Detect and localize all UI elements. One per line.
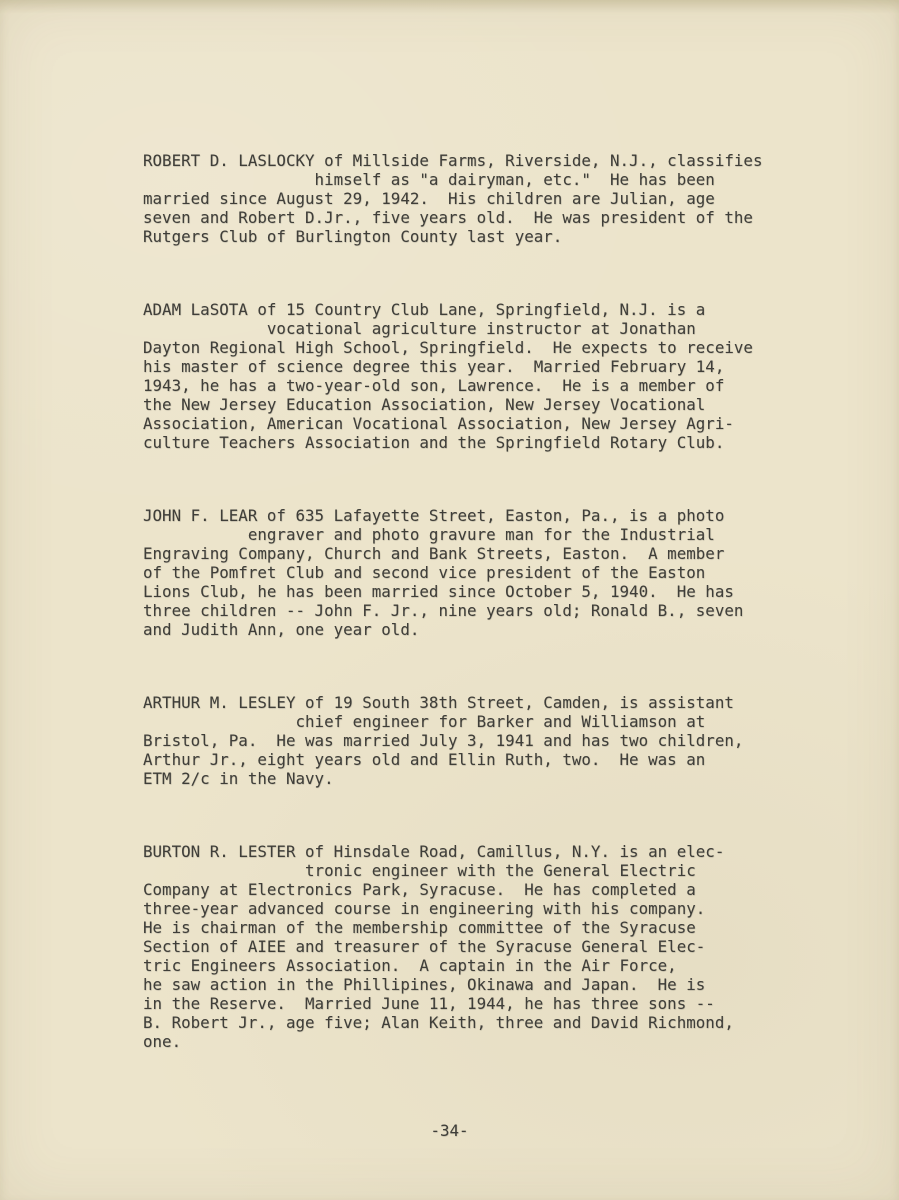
bio-paragraph: JOHN F. LEAR of 635 Lafayette Street, Ea…: [143, 506, 899, 639]
bio-paragraph: ADAM LaSOTA of 15 Country Club Lane, Spr…: [143, 300, 899, 452]
bio-paragraph: ARTHUR M. LESLEY of 19 South 38th Street…: [143, 693, 899, 788]
bio-paragraph: ROBERT D. LASLOCKY of Millside Farms, Ri…: [143, 151, 899, 246]
document-page: ROBERT D. LASLOCKY of Millside Farms, Ri…: [0, 0, 899, 1200]
bio-list: ROBERT D. LASLOCKY of Millside Farms, Ri…: [143, 151, 899, 1105]
page-number: -34-: [0, 1121, 899, 1140]
bio-paragraph: BURTON R. LESTER of Hinsdale Road, Camil…: [143, 842, 899, 1051]
